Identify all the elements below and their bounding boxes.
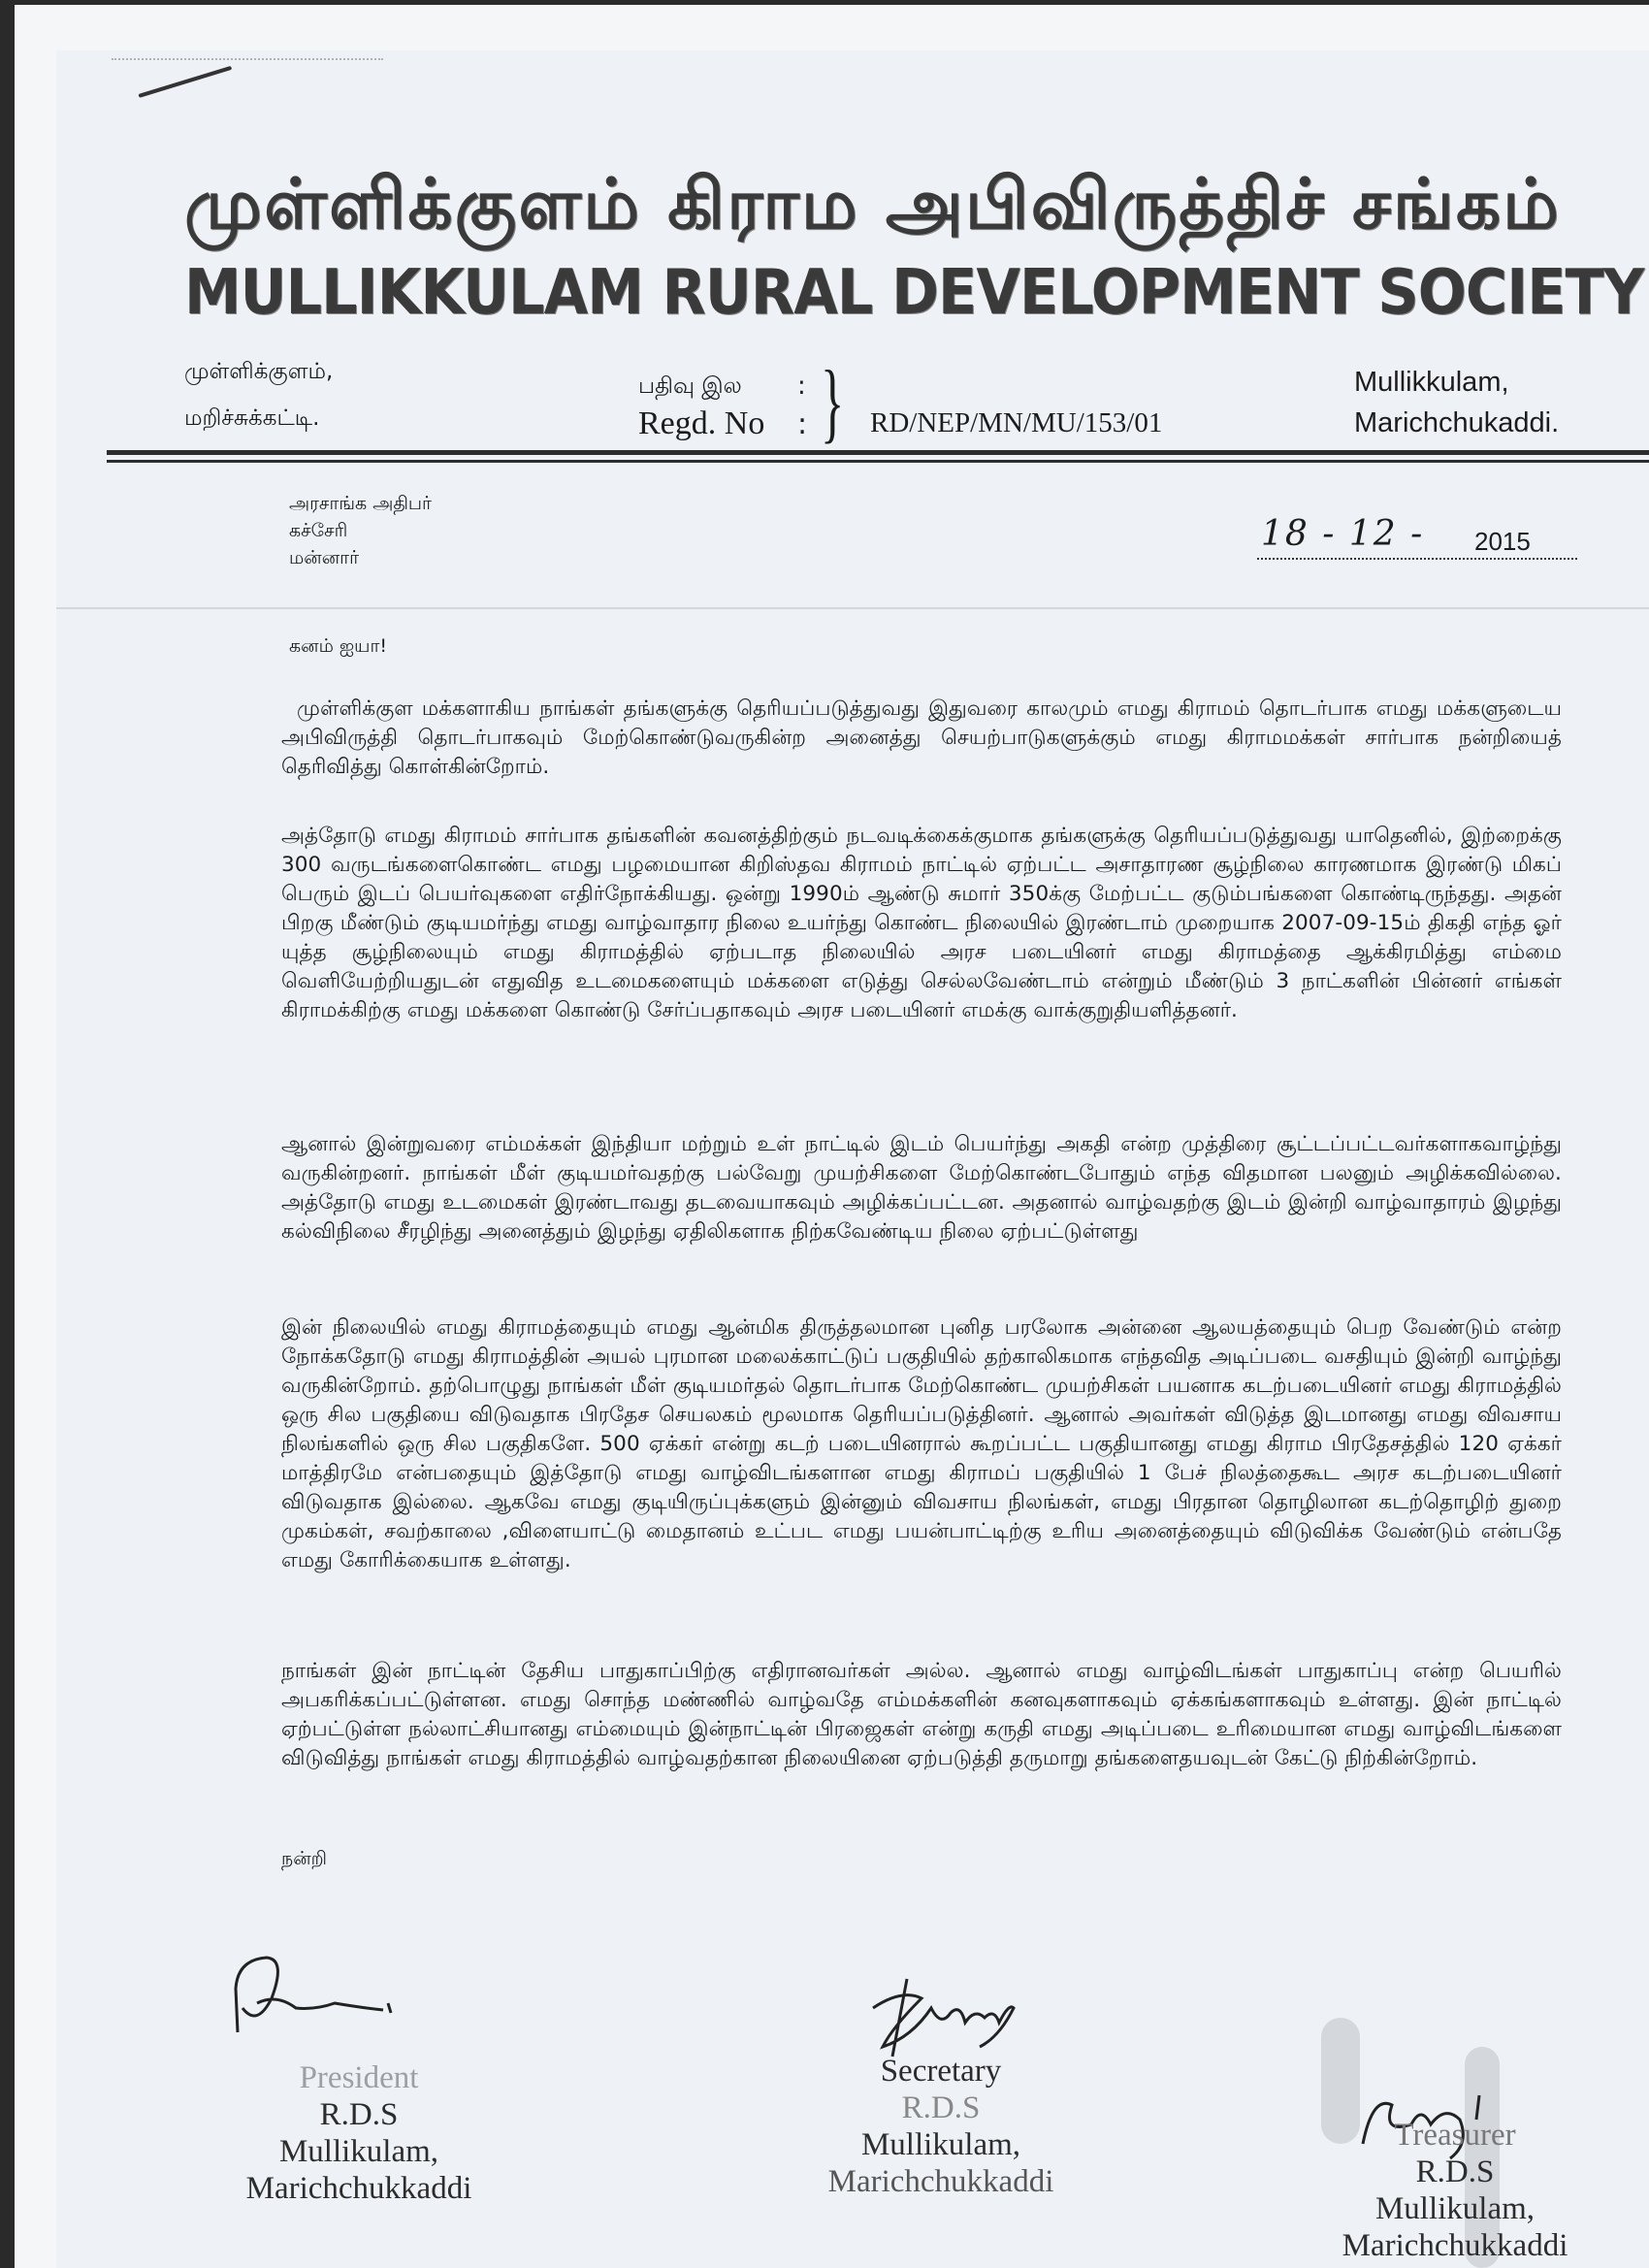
header-rule-thin [107, 460, 1649, 463]
signatory-org: R.D.S [199, 2096, 519, 2133]
body-paragraph: இன் நிலையில் எமது கிராமத்தையும் எமது ஆன்… [281, 1313, 1562, 1575]
paper-fold-crease [56, 607, 1649, 609]
recipient-line: அரசாங்க அதிபர் [289, 490, 432, 517]
recipient-line: மன்னார் [289, 544, 432, 571]
recipient-address: அரசாங்க அதிபர் கச்சேரி மன்னார் [289, 490, 432, 571]
letterhead-title-tamil: முள்ளிக்குளம் கிராம அபிவிருத்திச் சங்கம் [184, 163, 1562, 254]
secretary-signature-icon [854, 1969, 1048, 2066]
closing-thanks: நன்றி [281, 1848, 327, 1872]
signature-block-secretary: Secretary R.D.S Mullikulam, Marichchukka… [766, 2053, 1115, 2200]
signatory-place: Marichchukkaddi [766, 2163, 1115, 2200]
regd-label-english: Regd. No [638, 405, 764, 442]
address-english-line-2: Marichchukaddi. [1354, 407, 1559, 439]
signatory-place: Marichchukkaddi [199, 2170, 519, 2207]
date-handwritten: 18 - 12 - [1261, 514, 1424, 554]
body-paragraph: அத்தோடு எமது கிராமம் சார்பாக தங்களின் கவ… [281, 822, 1562, 1025]
signatory-role: Treasurer [1300, 2117, 1610, 2154]
signatory-place: Mullikulam, [1300, 2190, 1610, 2227]
signatory-org: R.D.S [1300, 2154, 1610, 2190]
address-tamil-line-1: முள்ளிக்குளம், [184, 359, 333, 387]
signature-block-president: President R.D.S Mullikulam, Marichchukka… [199, 2059, 519, 2207]
scan-edge-left [0, 0, 15, 2268]
president-signature-icon [218, 1950, 451, 2037]
regd-label-tamil: பதிவு இல [638, 373, 742, 402]
faint-dotted-line [112, 58, 383, 60]
signatory-org: R.D.S [766, 2090, 1115, 2126]
salutation: கனம் ஐயா! [289, 635, 387, 660]
body-paragraph: முள்ளிக்குள மக்களாகிய நாங்கள் தங்களுக்கு… [281, 695, 1562, 782]
signatory-place: Mullikulam, [766, 2126, 1115, 2163]
colon-separator: : [797, 372, 806, 401]
signatory-role: Secretary [766, 2053, 1115, 2090]
signatory-place: Mullikulam, [199, 2133, 519, 2170]
scan-edge-top [0, 0, 1649, 5]
address-tamil-line-2: மறிச்சுக்கட்டி. [184, 405, 319, 434]
signatory-role: President [199, 2059, 519, 2096]
address-english-line-1: Mullikkulam, [1354, 367, 1509, 399]
signatory-place: Marichchukkaddi [1300, 2227, 1610, 2264]
colon-separator: : [797, 407, 807, 441]
curly-brace-icon: } [821, 357, 844, 446]
letterhead-title-english: MULLIKKULAM RURAL DEVELOPMENT SOCIETY [184, 257, 1451, 329]
header-rule-thick [107, 450, 1649, 455]
recipient-line: கச்சேரி [289, 517, 432, 544]
date-year: 2015 [1474, 527, 1531, 557]
registration-number: RD/NEP/MN/MU/153/01 [870, 407, 1162, 439]
body-paragraph: நாங்கள் இன் நாட்டின் தேசிய பாதுகாப்பிற்க… [281, 1657, 1562, 1773]
body-paragraph: ஆனால் இன்றுவரை எம்மக்கள் இந்தியா மற்றும்… [281, 1130, 1562, 1247]
signature-block-treasurer: Treasurer R.D.S Mullikulam, Marichchukka… [1300, 2117, 1610, 2264]
